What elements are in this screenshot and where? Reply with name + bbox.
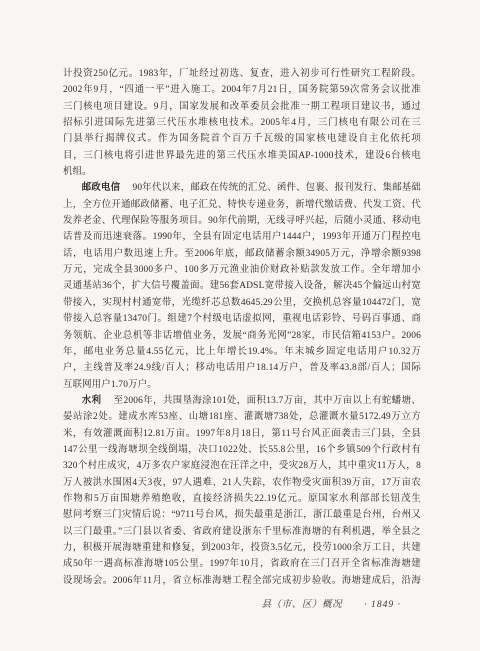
line-text: 招标引进国际先进第三代压水堆核电技术。2005年4月，三门核电有限公司在三 bbox=[63, 118, 421, 128]
line-text: 成50年一遇高标准海塘105公里。1997年10月，省政府在三门召开全省标准海塘… bbox=[63, 559, 421, 569]
line-text: 320个村庄成灾，4万多农户家庭浸泡在汪洋之中，受灾28万人，其中重灾11万人，… bbox=[63, 461, 421, 471]
line-text: 晏站涂2处。建成水库53座、山塘181座、灌溉塘738处，总灌溉水量5172.4… bbox=[63, 412, 421, 422]
line-text: 90年代以来，邮政在传统的汇兑、函件、包裹、报刊发行、集邮基础 bbox=[132, 183, 421, 193]
text-line: 互联网用户1.70万户。 bbox=[63, 377, 421, 393]
text-line: 米，有效灌溉面积12.81万亩。1997年8月18日，第11号台风正面袭击三门县… bbox=[63, 426, 421, 442]
text-line: 年，邮电业务总量4.55亿元，比上年增长19.4%。年末城乡固定电话用户10.3… bbox=[63, 344, 421, 360]
line-text: 以三门最重。”三门县以省委、省政府建设浙东千里标准海塘的有利机遇，举全县之 bbox=[63, 527, 421, 537]
document-page: 计投资250亿元。1983年，厂址经过初选、复查，进入初步可行性研究工程阶段。 … bbox=[0, 0, 480, 651]
text-line: 作物和5万亩围塘养殖绝收，直接经济损失22.19亿元。原国家水利部部长钮茂生 bbox=[63, 491, 421, 507]
line-text: 作物和5万亩围塘养殖绝收，直接经济损失22.19亿元。原国家水利部部长钮茂生 bbox=[63, 494, 421, 504]
line-text: 上，全方位开通邮政储蓄、电子汇兑、特快专递业务，新增代缴话费、代发工资、代 bbox=[63, 200, 421, 210]
line-text: 2002年9月，“四通一平”进入施工。2004年7月21日，国务院第59次常务会… bbox=[63, 85, 421, 95]
text-line: 成50年一遇高标准海塘105公里。1997年10月，省政府在三门召开全省标准海塘… bbox=[63, 556, 421, 572]
text-line: 三门核电项目建设。9月，国家发展和改革委员会批准一期工程项目建议书，通过 bbox=[63, 99, 421, 115]
paragraph-heading: 邮政电信 bbox=[82, 183, 120, 193]
line-text: 发养老金、代理保险等服务项目。90年代前期，无线寻呼兴起，后随小灵通、移动电 bbox=[63, 216, 421, 226]
line-text: 147公里一线海塘坝全线倒塌，决口1022处、长55.8公里，16个乡镇509个… bbox=[63, 445, 421, 455]
line-text: 米，有效灌溉面积12.81万亩。1997年8月18日，第11号台风正面袭击三门县… bbox=[63, 429, 421, 439]
text-line: 2002年9月，“四通一平”进入施工。2004年7月21日，国务院第59次常务会… bbox=[63, 82, 421, 98]
text-line: 计投资250亿元。1983年，厂址经过初选、复查，进入初步可行性研究工程阶段。 bbox=[63, 66, 421, 82]
text-line: 320个村庄成灾，4万多农户家庭浸泡在汪洋之中，受灾28万人，其中重灾11万人，… bbox=[63, 458, 421, 474]
footer-page-number: · 1849 · bbox=[364, 599, 401, 610]
line-text: 务领航、企业总机等非话增值业务，发展“商务光网”28家，市民信箱4153户。20… bbox=[63, 331, 421, 341]
line-text: 三门核电项目建设。9月，国家发展和改革委员会批准一期工程项目建议书，通过 bbox=[63, 102, 421, 112]
text-line: 招标引进国际先进第三代压水堆核电技术。2005年4月，三门核电有限公司在三 bbox=[63, 115, 421, 131]
text-line: 带接入总容量13470门。组建7个村级电话虚拟网，重视电话彩铃、号码百事通、商 bbox=[63, 311, 421, 327]
paragraph-heading: 水利 bbox=[82, 396, 102, 406]
line-text: 话，电话用户数迅速上升。至2006年底，邮政储蓄余额34905万元，净增余额93… bbox=[63, 249, 421, 259]
line-text: 话普及而迅速衰落。1990年，全县有固定电话用户1444户，1993年开通万门程… bbox=[63, 232, 421, 242]
line-text: 带接入总容量13470门。组建7个村级电话虚拟网，重视电话彩铃、号码百事通、商 bbox=[63, 314, 421, 324]
line-text: 万人被洪水围困4天3夜，97人遇难、21人失踪，农作物受灾面积39万亩，17万亩… bbox=[63, 478, 421, 488]
text-line: 发养老金、代理保险等服务项目。90年代前期，无线寻呼兴起，后随小灵通、移动电 bbox=[63, 213, 421, 229]
footer-section-title: 县（市、区）概况 bbox=[261, 596, 342, 610]
line-text: 万元，完成全县3000多户、100多万元渔业油价财政补贴款发放工作。全年增加小 bbox=[63, 265, 421, 275]
text-line: 灵通基站36个，扩大信号覆盖面。建56套ADSL宽带接入设备，解决45个偏远山村… bbox=[63, 278, 421, 294]
text-line: 邮政电信90年代以来，邮政在传统的汇兑、函件、包裹、报刊发行、集邮基础 bbox=[63, 180, 421, 196]
line-text: 互联网用户1.70万户。 bbox=[63, 380, 157, 390]
text-line: 务领航、企业总机等非话增值业务，发展“商务光网”28家，市民信箱4153户。20… bbox=[63, 328, 421, 344]
line-text: 力，积极开展海塘重建和修复，到2003年，投资3.5亿元，投劳1000余万工日，… bbox=[63, 543, 421, 553]
line-text: 灵通基站36个，扩大信号覆盖面。建56套ADSL宽带接入设备，解决45个偏远山村… bbox=[63, 281, 421, 291]
line-text: 年，邮电业务总量4.55亿元，比上年增长19.4%。年末城乡固定电话用户10.3… bbox=[63, 347, 421, 357]
text-line: 户，主线普及率24.9线/百人；移动电话用户18.14万户，普及率43.8部/百… bbox=[63, 360, 421, 376]
text-line: 力，积极开展海塘重建和修复，到2003年，投资3.5亿元，投劳1000余万工日，… bbox=[63, 540, 421, 556]
text-line: 带接入，实现村村通宽带，光缆纤芯总数4645.29公里，交换机总容量104472… bbox=[63, 295, 421, 311]
text-line: 机组。 bbox=[63, 164, 421, 180]
text-line: 水利至2006年，共围垦海涂101处，面积13.7万亩，其中万亩以上有蛇蟠塘、 bbox=[63, 393, 421, 409]
line-text: 户，主线普及率24.9线/百人；移动电话用户18.14万户，普及率43.8部/百… bbox=[63, 363, 421, 373]
line-text: 慰问考察三门灾情后说：“9711号台风，损失最重是浙江，浙江最重是台州，台州又 bbox=[63, 510, 421, 520]
line-text: 至2006年，共围垦海涂101处，面积13.7万亩，其中万亩以上有蛇蟠塘、 bbox=[114, 396, 421, 406]
text-line: 上，全方位开通邮政储蓄、电子汇兑、特快专递业务，新增代缴话费、代发工资、代 bbox=[63, 197, 421, 213]
page-footer: 县（市、区）概况 · 1849 · bbox=[261, 596, 401, 610]
line-text: 带接入，实现村村通宽带，光缆纤芯总数4645.29公里，交换机总容量104472… bbox=[63, 298, 421, 308]
text-line: 话，电话用户数迅速上升。至2006年底，邮政储蓄余额34905万元，净增余额93… bbox=[63, 246, 421, 262]
text-line: 晏站涂2处。建成水库53座、山塘181座、灌溉塘738处，总灌溉水量5172.4… bbox=[63, 409, 421, 425]
line-text: 门县举行揭牌仪式。作为国务院首个百万千瓦级的国家核电建设自主化依托项 bbox=[63, 134, 421, 144]
text-line: 话普及而迅速衰落。1990年，全县有固定电话用户1444户，1993年开通万门程… bbox=[63, 229, 421, 245]
body-text-block: 计投资250亿元。1983年，厂址经过初选、复查，进入初步可行性研究工程阶段。 … bbox=[63, 66, 421, 589]
text-line: 万元，完成全县3000多户、100多万元渔业油价财政补贴款发放工作。全年增加小 bbox=[63, 262, 421, 278]
text-line: 慰问考察三门灾情后说：“9711号台风，损失最重是浙江，浙江最重是台州，台州又 bbox=[63, 507, 421, 523]
line-text: 计投资250亿元。1983年，厂址经过初选、复查，进入初步可行性研究工程阶段。 bbox=[63, 69, 421, 79]
text-line: 门县举行揭牌仪式。作为国务院首个百万千瓦级的国家核电建设自主化依托项 bbox=[63, 131, 421, 147]
line-text: 目，三门核电将引进世界最先进的第三代压水堆美国AP-1000技术，建设6台核电 bbox=[63, 151, 421, 161]
text-line: 147公里一线海塘坝全线倒塌，决口1022处、长55.8公里，16个乡镇509个… bbox=[63, 442, 421, 458]
line-text: 机组。 bbox=[63, 167, 92, 177]
text-line: 以三门最重。”三门县以省委、省政府建设浙东千里标准海塘的有利机遇，举全县之 bbox=[63, 524, 421, 540]
text-line: 目，三门核电将引进世界最先进的第三代压水堆美国AP-1000技术，建设6台核电 bbox=[63, 148, 421, 164]
text-line: 万人被洪水围困4天3夜，97人遇难、21人失踪，农作物受灾面积39万亩，17万亩… bbox=[63, 475, 421, 491]
text-line: 设现场会。2006年11月，省立标准海塘工程全部完成初步验收。海塘建成后，沿海 bbox=[63, 573, 421, 589]
line-text: 设现场会。2006年11月，省立标准海塘工程全部完成初步验收。海塘建成后，沿海 bbox=[63, 576, 421, 586]
